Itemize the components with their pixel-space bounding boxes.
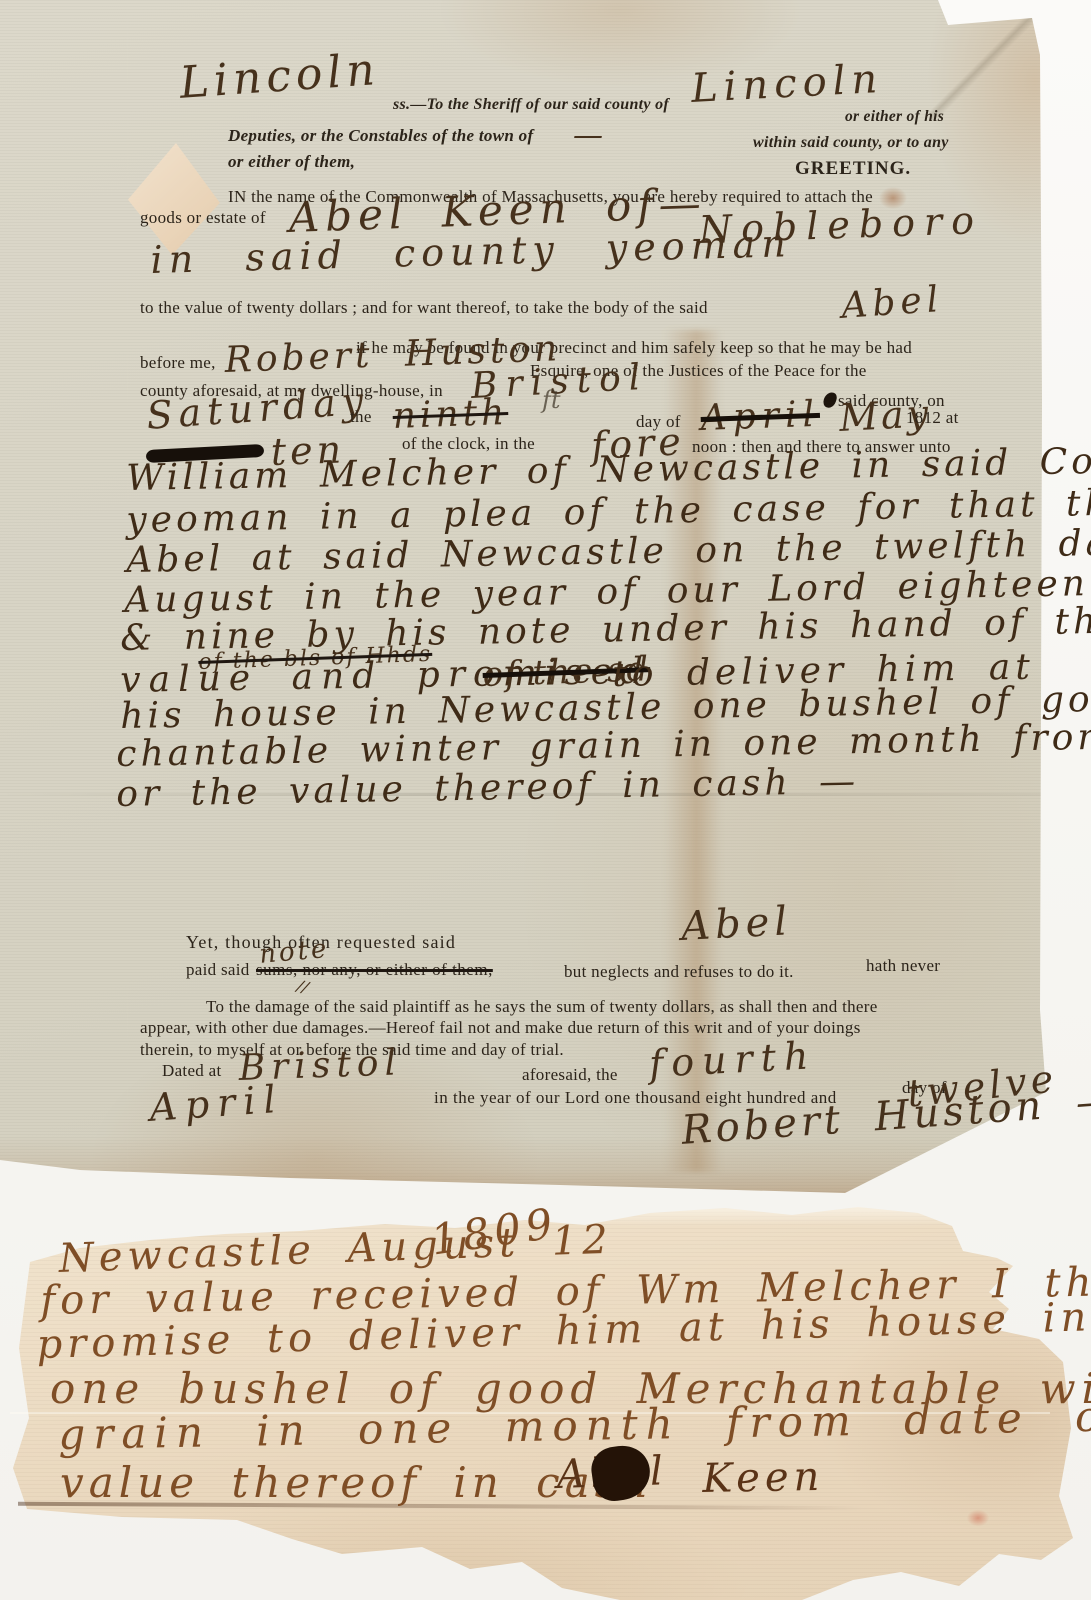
receipt-signature-last: Keen — [702, 1454, 825, 1502]
printed-goods-line: goods or estate of — [140, 208, 266, 228]
printed-neglects-line: but neglects and refuses to do it. — [564, 962, 794, 982]
hw-abel-yet: Abel — [680, 898, 793, 950]
hw-note-insert: note — [258, 934, 331, 970]
hw-day-struck: ninth — [392, 392, 509, 437]
printed-year-at: 1812 at — [906, 408, 959, 428]
hw-dated-day: fourth — [648, 1033, 817, 1086]
printed-ss-sheriff-line: ss.—To the Sheriff of our said county of — [393, 96, 669, 114]
hw-dated-month: April — [148, 1077, 285, 1130]
printed-before-me: before me, — [140, 353, 216, 373]
hw-ft-marks: ft — [542, 386, 561, 414]
printed-paid-said: paid said — [186, 960, 250, 980]
printed-greeting: GREETING. — [795, 158, 911, 180]
scanned-documents: Lincoln ss.—To the Sheriff of our said c… — [0, 0, 1091, 1600]
corner-fold-crease — [930, 0, 1050, 120]
printed-damage-line2: appear, with other due damages.—Hereof f… — [140, 1018, 861, 1038]
hw-blank-dash: — — [573, 118, 603, 153]
printed-hath-never: hath never — [866, 956, 940, 976]
printed-aforesaid-the: aforesaid, the — [522, 1065, 618, 1085]
printed-dated-at: Dated at — [162, 1061, 222, 1081]
printed-within-county: within said county, or to any — [753, 134, 949, 152]
hw-month-struck: April — [700, 394, 821, 439]
printed-the: the — [350, 407, 372, 427]
printed-value-line: to the value of twenty dollars ; and for… — [140, 298, 708, 318]
printed-or-either-them: or either of them, — [228, 152, 355, 172]
printed-deputies-line: Deputies, or the Constables of the town … — [228, 126, 533, 146]
printed-or-either-his: or either of his — [845, 108, 944, 126]
printed-damage-line1: To the damage of the said plaintiff as h… — [206, 997, 878, 1017]
hw-abel-short: Abel — [840, 279, 944, 327]
